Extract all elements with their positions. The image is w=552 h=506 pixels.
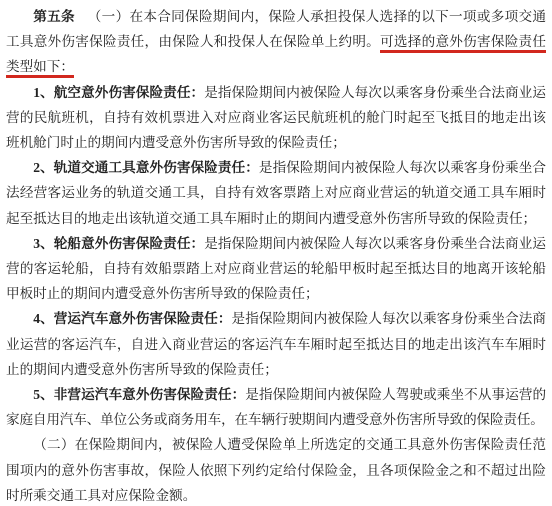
article-number-heading: 第五条 <box>33 9 75 24</box>
item-5-non-commercial-vehicle-paragraph: 5、非营运汽车意外伤害保险责任：是指保险期间内被保险人驾驶或乘坐不从事运营的家庭… <box>6 382 546 432</box>
item-2-label: 2、轨道交通工具意外伤害保险责任： <box>33 160 259 175</box>
item-3-label: 3、轮船意外伤害保险责任： <box>33 236 204 251</box>
article-5-clause-2-paragraph: （二）在保险期间内，被保险人遭受保险单上所选定的交通工具意外伤害保险责任范围项内… <box>6 432 546 506</box>
item-1-aviation-paragraph: 1、航空意外伤害保险责任：是指保险期间内被保险人每次以乘客身份乘坐合法商业运营的… <box>6 80 546 156</box>
item-1-label: 1、航空意外伤害保险责任： <box>33 85 204 100</box>
article-5-clause-1-paragraph: 第五条（一）在本合同保险期间内，保险人承担投保人选择的以下一项或多项交通工具意外… <box>6 4 546 80</box>
item-3-ship-paragraph: 3、轮船意外伤害保险责任：是指保险期间内被保险人每次以乘客身份乘坐合法商业运营的… <box>6 231 546 307</box>
contract-document-page: 第五条（一）在本合同保险期间内，保险人承担投保人选择的以下一项或多项交通工具意外… <box>0 0 552 506</box>
clause-2-text: （二）在保险期间内，被保险人遭受保险单上所选定的交通工具意外伤害保险责任范围项内… <box>6 437 546 502</box>
item-4-label: 4、营运汽车意外伤害保险责任： <box>33 311 231 326</box>
item-4-commercial-vehicle-paragraph: 4、营运汽车意外伤害保险责任：是指保险期间内被保险人每次以乘客身份乘坐合法商业运… <box>6 306 546 382</box>
item-5-label: 5、非营运汽车意外伤害保险责任： <box>33 387 245 402</box>
item-2-rail-transit-paragraph: 2、轨道交通工具意外伤害保险责任：是指保险期间内被保险人每次以乘客身份乘坐合法经… <box>6 155 546 231</box>
